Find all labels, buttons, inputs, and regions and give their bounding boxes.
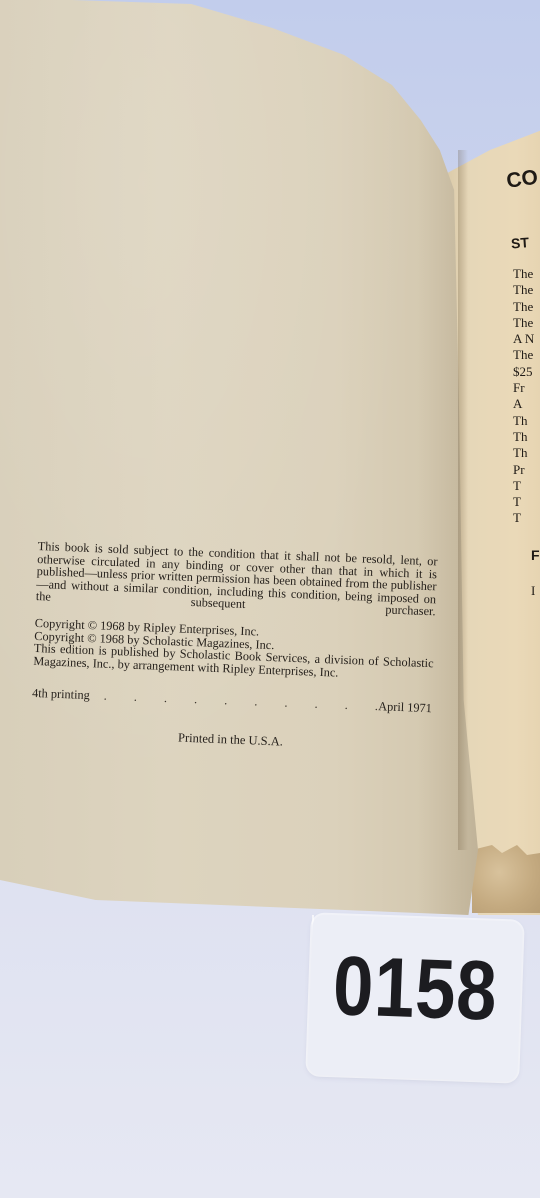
contents-section-item: I: [531, 583, 540, 599]
torn-page-corner: [472, 845, 540, 913]
page-fold-shadow: [458, 150, 468, 850]
contents-item: Th: [513, 445, 540, 461]
lot-number: 0158: [323, 937, 507, 1040]
contents-item: The: [513, 315, 540, 331]
contents-item: The: [513, 347, 540, 363]
photo-scene: CO ST The The The The A N The $25 Fr A T…: [0, 0, 540, 1198]
contents-item: $25: [513, 364, 540, 380]
printing-label: 4th printing: [32, 687, 90, 702]
contents-item: A: [513, 396, 540, 412]
contents-item: The: [513, 266, 540, 282]
copyright-page: [0, 0, 478, 915]
contents-section-heading: F: [531, 547, 540, 563]
contents-item: A N: [513, 331, 540, 347]
resale-notice: This book is sold subject to the conditi…: [36, 540, 438, 618]
contents-page-text: CO ST The The The The A N The $25 Fr A T…: [505, 170, 540, 599]
contents-subheading: ST: [510, 233, 540, 252]
contents-item: Th: [513, 429, 540, 445]
contents-item: Th: [513, 413, 540, 429]
contents-item: The: [513, 299, 540, 315]
printing-row: 4th printing . . . . . . . . . . . April…: [32, 687, 432, 715]
copyright-text-block: This book is sold subject to the conditi…: [30, 540, 437, 754]
dot-leader: . . . . . . . . . . .: [90, 689, 379, 713]
contents-item: T: [513, 494, 540, 510]
contents-item: T: [513, 510, 540, 526]
contents-item: Pr: [513, 462, 540, 478]
printing-date: April 1971: [378, 701, 432, 716]
contents-item: Fr: [513, 380, 540, 396]
contents-item: The: [513, 282, 540, 298]
lot-number-sticker: 0158: [307, 914, 522, 1081]
contents-item: T: [513, 478, 540, 494]
contents-list: The The The The A N The $25 Fr A Th Th T…: [513, 266, 540, 527]
